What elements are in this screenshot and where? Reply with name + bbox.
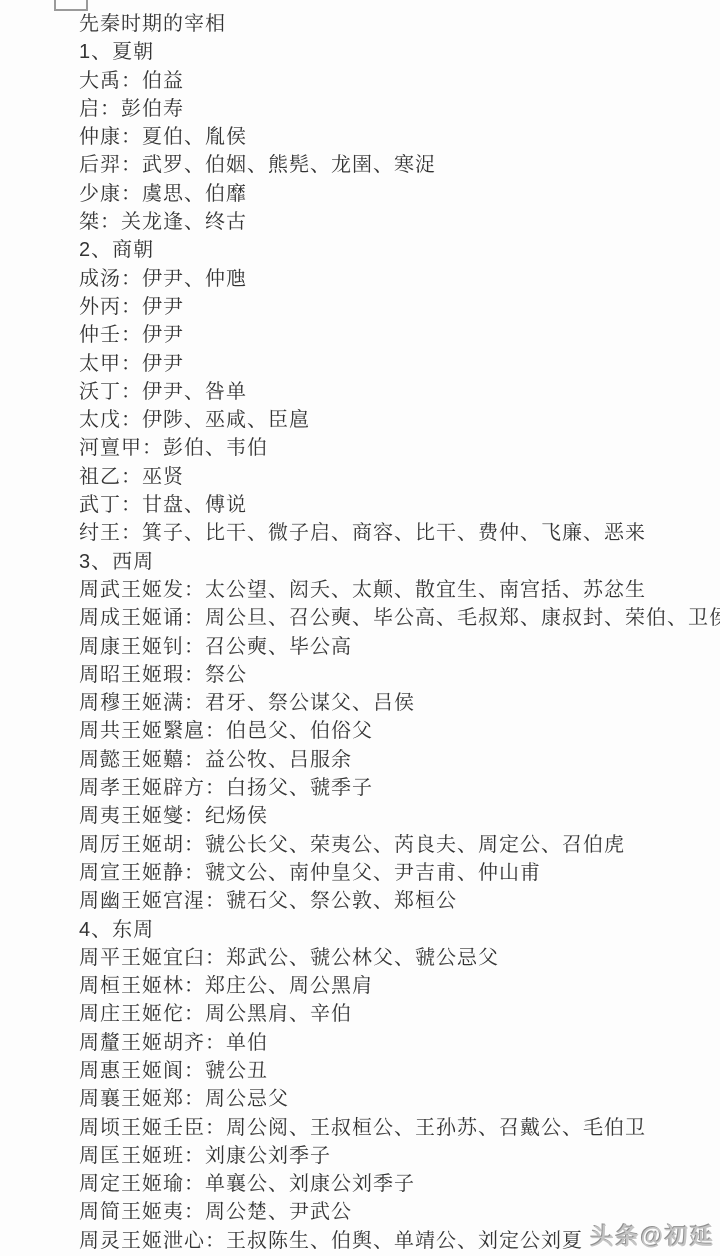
entry-line: 周成王姬诵：周公旦、召公奭、毕公高、毛叔郑、康叔封、荣伯、卫侯 bbox=[79, 604, 720, 632]
entry-line: 桀：关龙逢、终古 bbox=[79, 208, 720, 236]
entry-line: 后羿：武罗、伯姻、熊髡、龙圉、寒浞 bbox=[79, 151, 720, 179]
entry-line: 祖乙：巫贤 bbox=[79, 463, 720, 491]
entry-line: 周平王姬宜臼：郑武公、虢公林父、虢公忌父 bbox=[79, 944, 720, 972]
entry-line: 周穆王姬满：君牙、祭公谋父、吕侯 bbox=[79, 689, 720, 717]
document-body: 先秦时期的宰相 1、夏朝大禹：伯益启：彭伯寿仲康：夏伯、胤侯后羿：武罗、伯姻、熊… bbox=[79, 10, 720, 1255]
document-page: 先秦时期的宰相 1、夏朝大禹：伯益启：彭伯寿仲康：夏伯、胤侯后羿：武罗、伯姻、熊… bbox=[0, 0, 720, 1256]
entry-line: 启：彭伯寿 bbox=[79, 95, 720, 123]
entry-line: 周共王姬繄扈：伯邑父、伯俗父 bbox=[79, 717, 720, 745]
entry-line: 周釐王姬胡齐：单伯 bbox=[79, 1029, 720, 1057]
entry-line: 周夷王姬燮：纪炀侯 bbox=[79, 802, 720, 830]
entry-line: 周昭王姬瑕：祭公 bbox=[79, 661, 720, 689]
entry-line: 周厉王姬胡：虢公长父、荣夷公、芮良夫、周定公、召伯虎 bbox=[79, 831, 720, 859]
entry-line: 成汤：伊尹、仲虺 bbox=[79, 265, 720, 293]
entry-line: 大禹：伯益 bbox=[79, 67, 720, 95]
entry-line: 外丙：伊尹 bbox=[79, 293, 720, 321]
section-heading: 1、夏朝 bbox=[79, 38, 720, 66]
section-heading: 2、商朝 bbox=[79, 236, 720, 264]
document-title: 先秦时期的宰相 bbox=[79, 10, 720, 38]
entry-line: 太戊：伊陟、巫咸、臣扈 bbox=[79, 406, 720, 434]
entry-line: 周幽王姬宫湦：虢石父、祭公敦、郑桓公 bbox=[79, 887, 720, 915]
section-heading: 3、西周 bbox=[79, 548, 720, 576]
entry-line: 周定王姬瑜：单襄公、刘康公刘季子 bbox=[79, 1170, 720, 1198]
entry-line: 周康王姬钊：召公奭、毕公高 bbox=[79, 633, 720, 661]
entry-line: 周懿王姬囏：益公牧、吕服余 bbox=[79, 746, 720, 774]
entry-line: 周桓王姬林：郑庄公、周公黑肩 bbox=[79, 972, 720, 1000]
entry-line: 武丁：甘盘、傅说 bbox=[79, 491, 720, 519]
entry-line: 周孝王姬辟方：白扬父、虢季子 bbox=[79, 774, 720, 802]
entry-line: 仲壬：伊尹 bbox=[79, 321, 720, 349]
watermark: 头条@初延 bbox=[591, 1218, 715, 1251]
entry-line: 少康：虞思、伯靡 bbox=[79, 180, 720, 208]
entry-line: 周庄王姬佗：周公黑肩、辛伯 bbox=[79, 1000, 720, 1028]
entry-line: 仲康：夏伯、胤侯 bbox=[79, 123, 720, 151]
section-heading: 4、东周 bbox=[79, 916, 720, 944]
entry-line: 纣王：箕子、比干、微子启、商容、比干、费仲、飞廉、恶来 bbox=[79, 519, 720, 547]
entry-line: 沃丁：伊尹、咎单 bbox=[79, 378, 720, 406]
entry-line: 周惠王姬阆：虢公丑 bbox=[79, 1057, 720, 1085]
entry-line: 周匡王姬班：刘康公刘季子 bbox=[79, 1142, 720, 1170]
entry-line: 周襄王姬郑：周公忌父 bbox=[79, 1085, 720, 1113]
entry-line: 周武王姬发：太公望、闳夭、太颠、散宜生、南宫括、苏忿生 bbox=[79, 576, 720, 604]
entry-line: 太甲：伊尹 bbox=[79, 350, 720, 378]
entry-line: 周顷王姬壬臣：周公阅、王叔桓公、王孙苏、召戴公、毛伯卫 bbox=[79, 1114, 720, 1142]
entry-line: 周宣王姬静：虢文公、南仲皇父、尹吉甫、仲山甫 bbox=[79, 859, 720, 887]
entry-line: 河亶甲：彭伯、韦伯 bbox=[79, 434, 720, 462]
